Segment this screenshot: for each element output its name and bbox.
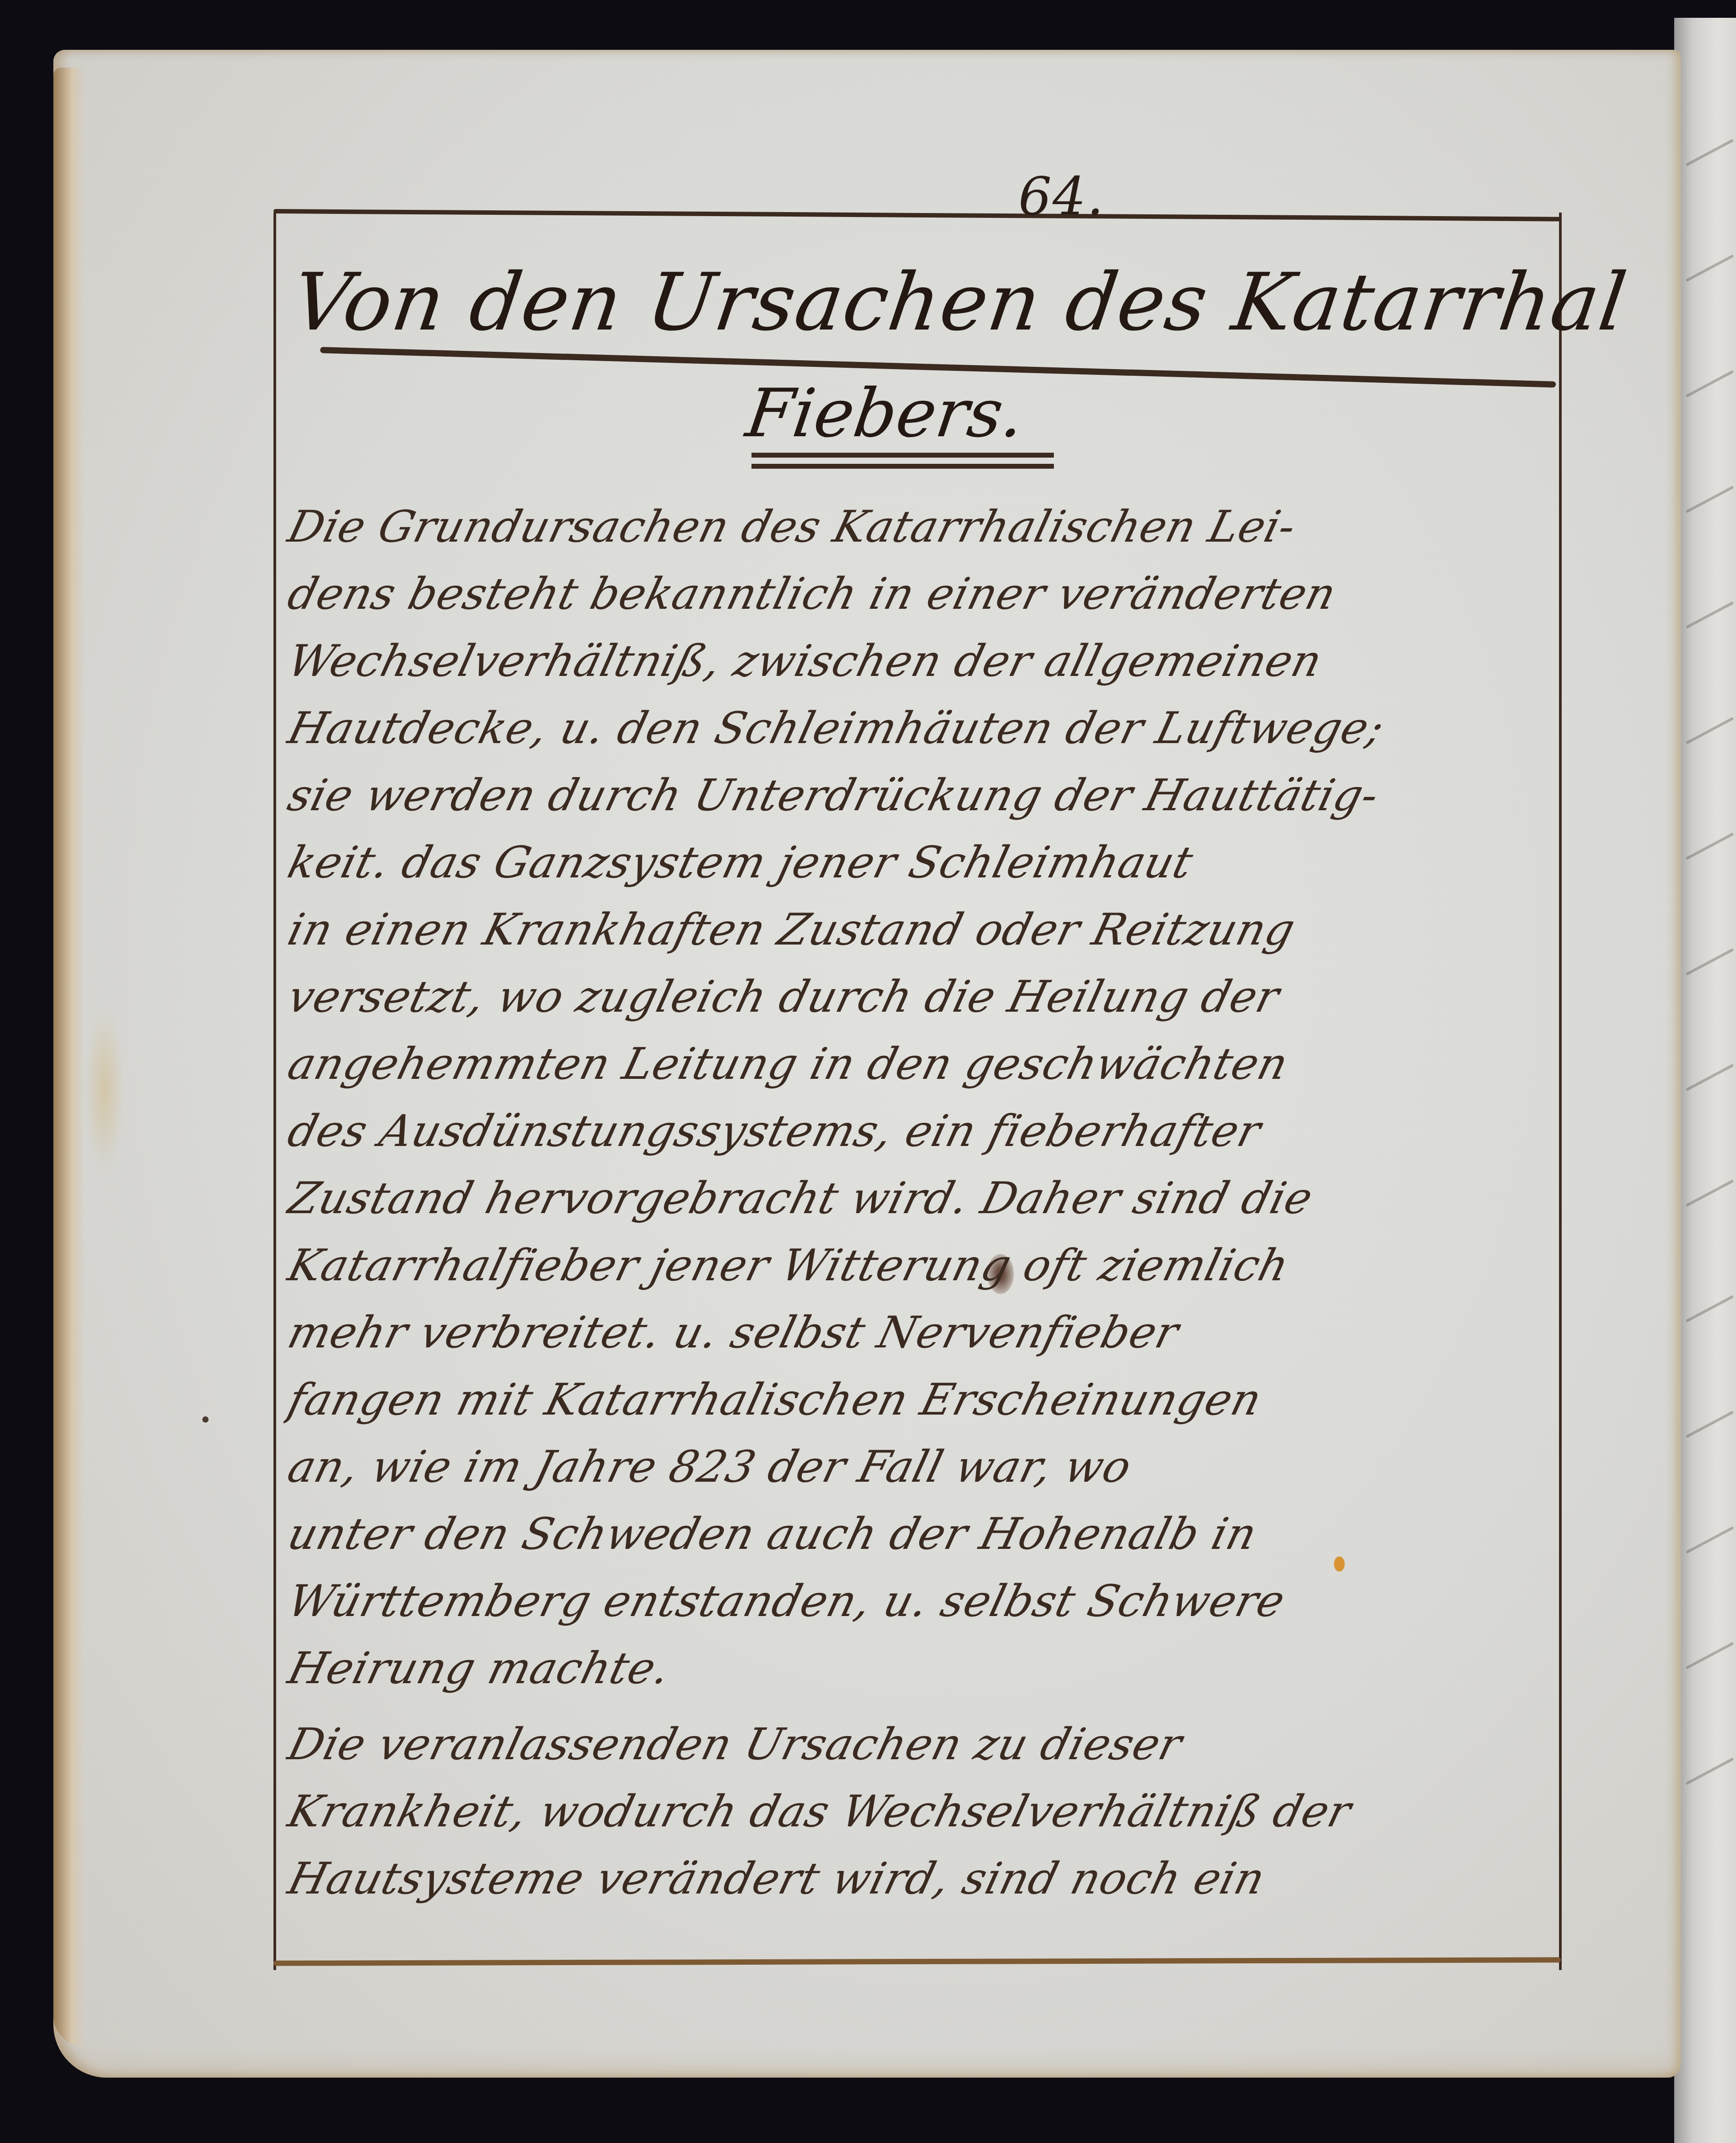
paper-stain xyxy=(84,1005,125,1174)
title-double-rule xyxy=(751,453,1054,469)
page-title-continued: Fiebers. xyxy=(741,374,1029,454)
bleed-through-stroke xyxy=(1686,139,1734,166)
bleed-through-stroke xyxy=(1686,1064,1734,1091)
text-line: unter den Schweden auch der Hohenalb in xyxy=(281,1501,1556,1568)
paper-speck xyxy=(202,1416,209,1423)
bleed-through-stroke xyxy=(1686,1526,1734,1554)
text-line: versetzt, wo zugleich durch die Heilung … xyxy=(281,964,1556,1031)
bleed-through-stroke xyxy=(1686,717,1734,744)
text-line: angehemmten Leitung in den geschwächten xyxy=(281,1031,1556,1098)
text-line: keit. das Ganzsystem jener Schleimhaut xyxy=(281,829,1556,897)
text-line: Zustand hervorgebracht wird. Daher sind … xyxy=(281,1165,1556,1232)
bleed-through-stroke xyxy=(1686,832,1734,860)
text-line: Hautdecke, u. den Schleimhäuten der Luft… xyxy=(281,695,1556,762)
text-line: mehr verbreitet. u. selbst Nervenfieber xyxy=(281,1299,1556,1367)
page-number: 64. xyxy=(1018,165,1105,227)
text-line: des Ausdünstungssystems, ein fieberhafte… xyxy=(281,1098,1556,1165)
text-line: Die Grundursachen des Katarrhalischen Le… xyxy=(281,494,1556,561)
text-line: fangen mit Katarrhalischen Erscheinungen xyxy=(281,1367,1556,1434)
bleed-through-stroke xyxy=(1686,370,1734,398)
bleed-through-stroke xyxy=(1686,1411,1734,1438)
bleed-through-stroke xyxy=(1686,1642,1734,1669)
text-line: Wechselverhältniß, zwischen der allgemei… xyxy=(281,628,1556,695)
manuscript-body: Die Grundursachen des Katarrhalischen Le… xyxy=(289,494,1547,1913)
text-line: in einen Krankhaften Zustand oder Reitzu… xyxy=(281,897,1556,964)
bleed-through-stroke xyxy=(1686,486,1734,513)
text-line: an, wie im Jahre 823 der Fall war, wo xyxy=(281,1434,1556,1501)
text-line: Hautsysteme verändert wird, sind noch ei… xyxy=(281,1845,1556,1913)
bleed-through-stroke xyxy=(1686,1179,1734,1207)
text-line: Württemberg entstanden, u. selbst Schwer… xyxy=(281,1568,1556,1635)
adjacent-page-edge xyxy=(1674,18,1736,2143)
bleed-through-stroke xyxy=(1686,1295,1734,1323)
text-line: sie werden durch Unterdrückung der Hautt… xyxy=(281,762,1556,829)
text-line: Katarrhalfieber jener Witterung oft ziem… xyxy=(281,1232,1556,1299)
bleed-through-stroke xyxy=(1686,254,1734,282)
text-line: dens besteht bekanntlich in einer veränd… xyxy=(281,561,1556,628)
text-line: Heirung machte. xyxy=(281,1635,1556,1702)
page-title: Von den Ursachen des Katarrhal xyxy=(287,253,1559,351)
page-edge-stack xyxy=(53,68,84,2047)
text-line: Die veranlassenden Ursachen zu dieser xyxy=(281,1711,1556,1778)
text-line: Krankheit, wodurch das Wechselverhältniß… xyxy=(281,1778,1556,1845)
bleed-through-stroke xyxy=(1686,601,1734,629)
bleed-through-stroke xyxy=(1686,948,1734,976)
manuscript-photo: 64. Von den Ursachen des Katarrhal Fiebe… xyxy=(0,0,1736,2143)
bleed-through-stroke xyxy=(1686,1757,1734,1785)
